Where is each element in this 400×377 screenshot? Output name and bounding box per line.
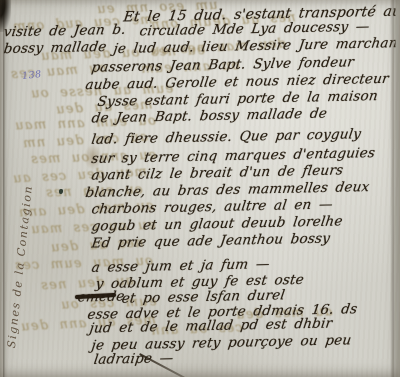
page-right-crease (390, 0, 400, 377)
manuscript-line: de Jean Bapt. bossy mallade de (91, 107, 328, 126)
manuscript-line: Ed prie que ade Jeanthou bossy (91, 232, 331, 251)
page-number: 138 (21, 69, 42, 82)
manuscript-page: um eso nm eunes au deum onnme ceu aud on… (0, 0, 400, 377)
manuscript-line: je peu aussy rety pourçoye ou peu (91, 333, 353, 352)
manuscript-line: Sysse estant fauri porte de la maison (97, 89, 379, 109)
handwriting-layer: Et le 15 dud. s'estant transporté aube —… (0, 0, 400, 377)
manuscript-line: lad. fiere dheussie. Que par coyguly (91, 127, 362, 147)
corner-shadow-top-left (0, 0, 11, 32)
manuscript-line: bossy mallade (3, 40, 108, 56)
page-left-edge (0, 0, 7, 377)
manuscript-line: visite de Jean b. (3, 23, 127, 40)
